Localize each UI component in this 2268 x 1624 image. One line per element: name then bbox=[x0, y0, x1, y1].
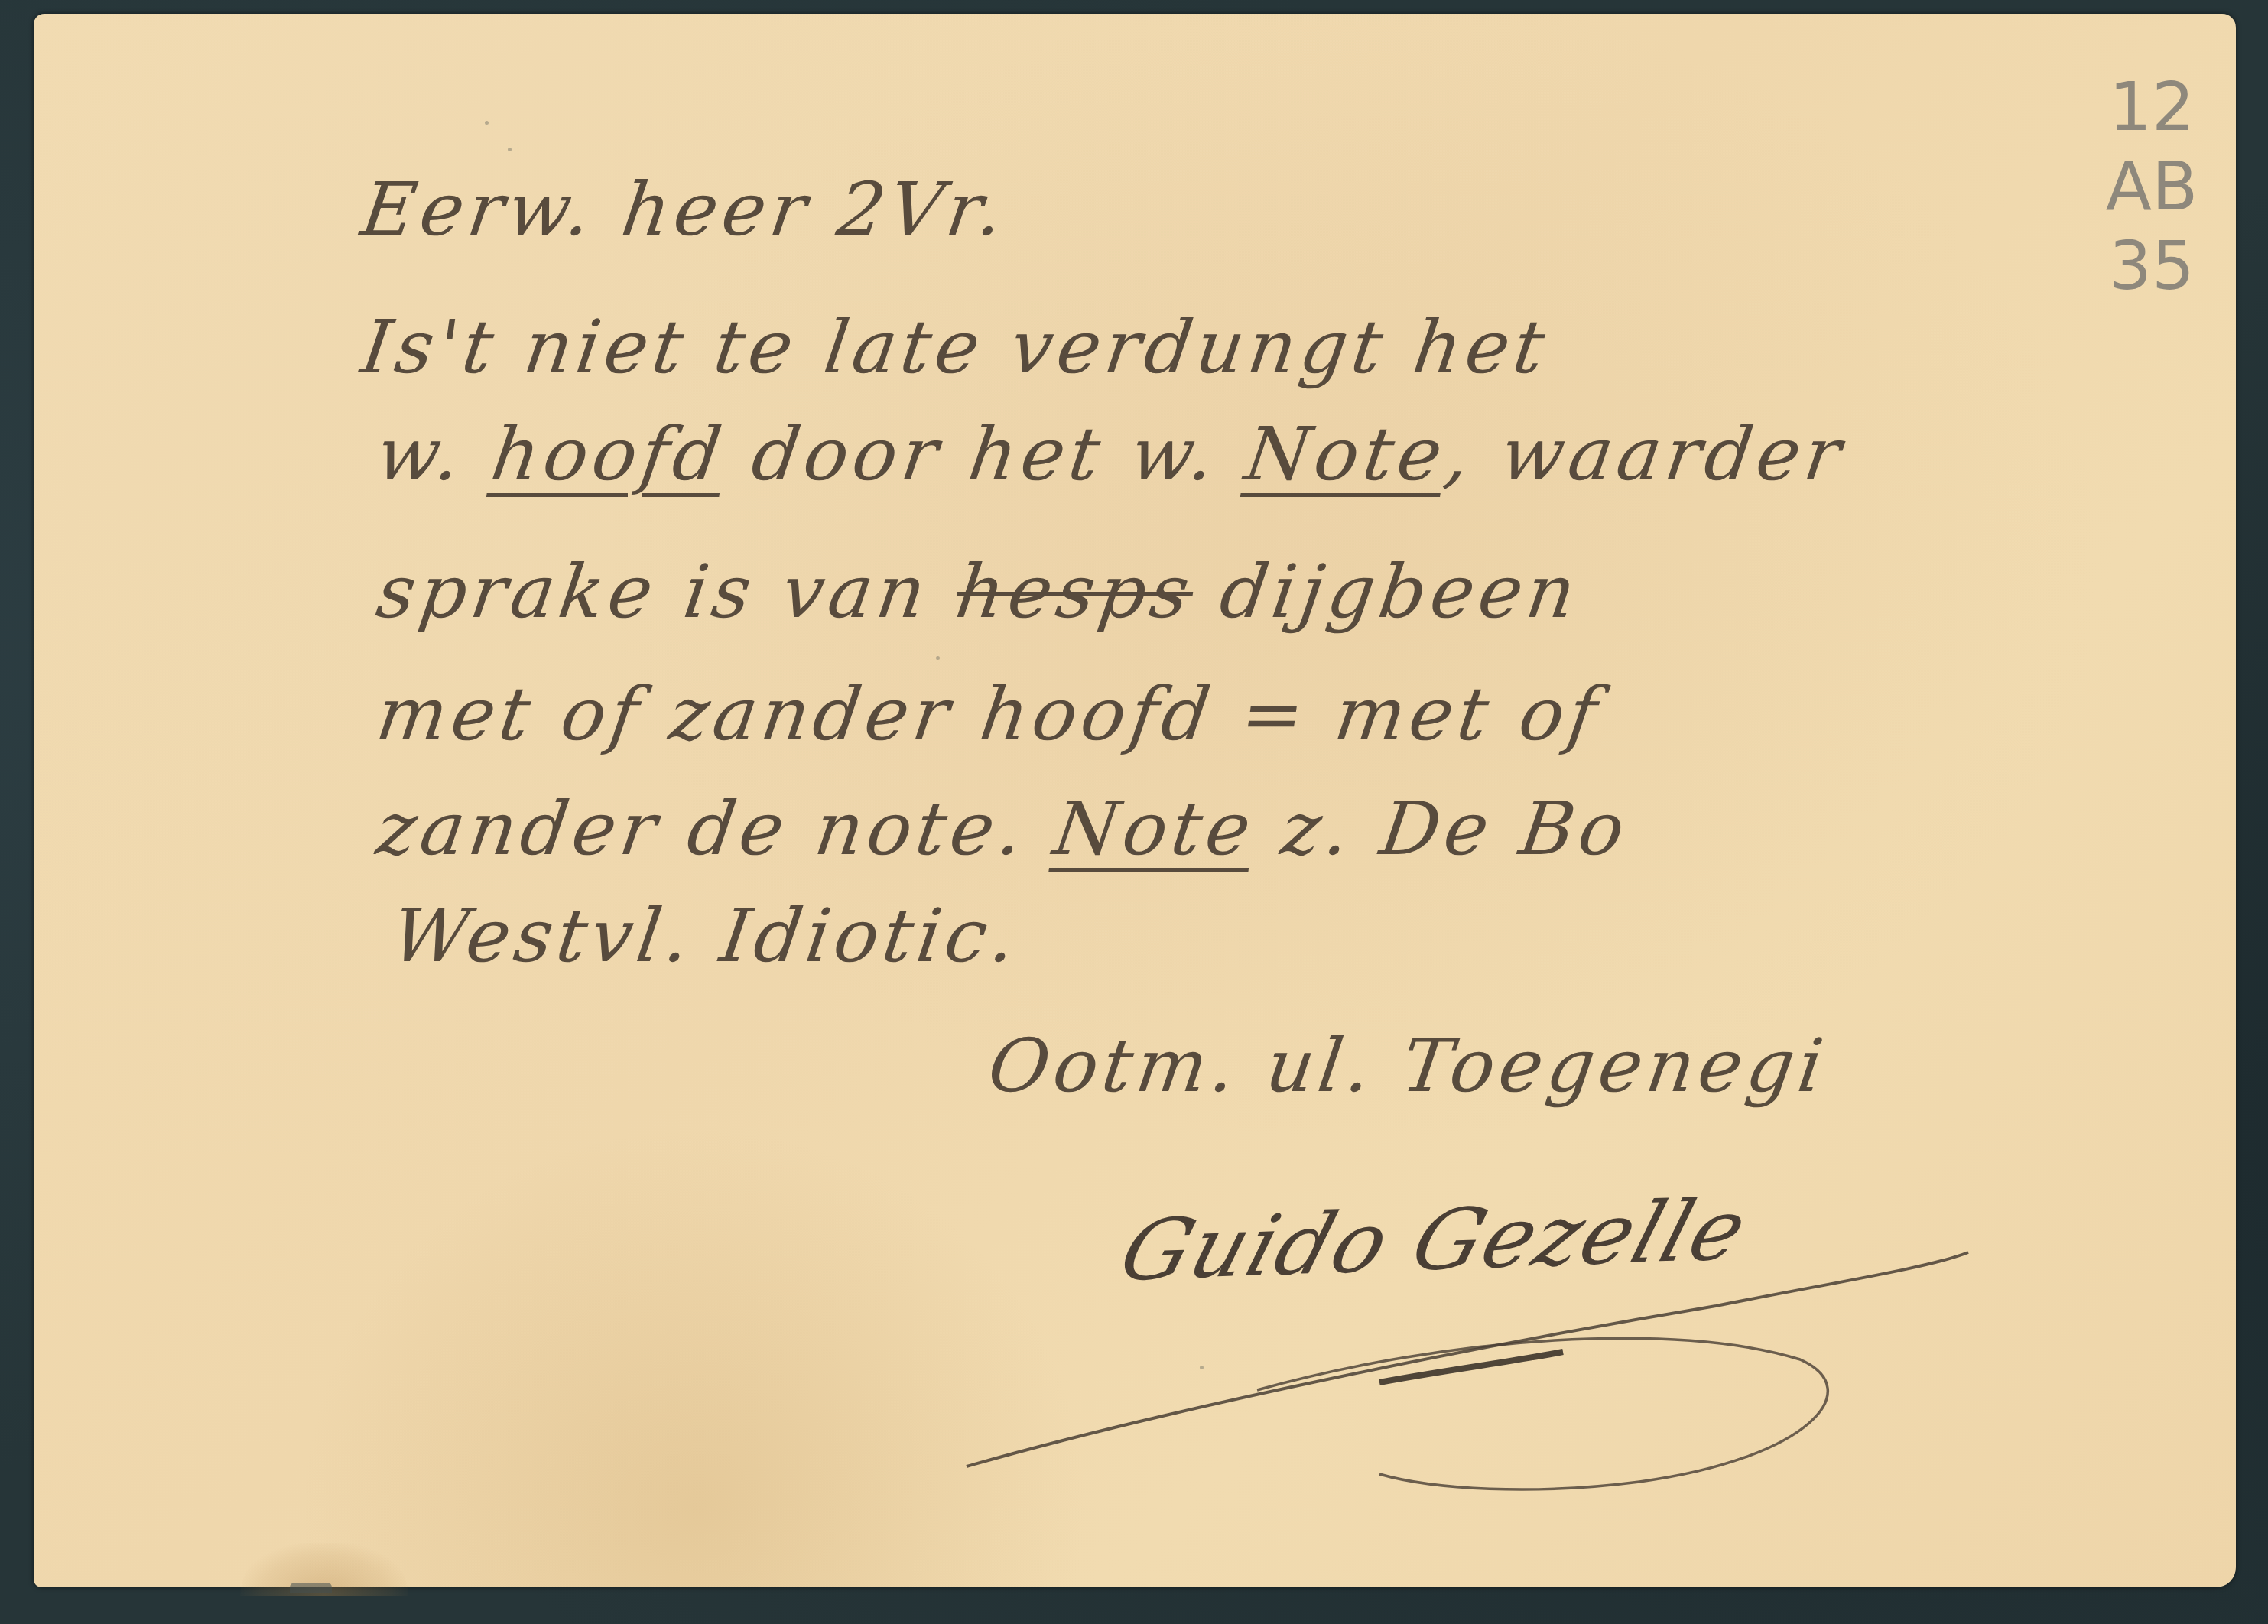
archive-mark-number: 12 bbox=[2098, 67, 2205, 147]
line-text: dijgbeen bbox=[1187, 549, 1585, 635]
archive-mark-page: 35 bbox=[2098, 226, 2205, 306]
paper-speck bbox=[936, 656, 940, 660]
letter-line-3: sprake is van hesps dijgbeen bbox=[372, 549, 1585, 635]
underlined-word-note: Note bbox=[1048, 786, 1260, 872]
line-text: sprake is van bbox=[372, 549, 963, 635]
line-text: z. De Bo bbox=[1248, 786, 1634, 872]
salutation: Eerw. heer 2Vr. bbox=[356, 167, 1012, 252]
paper-speck bbox=[508, 148, 512, 151]
letter-line-4: met of zander hoofd = met of bbox=[372, 671, 1607, 757]
line-text: , waarder bbox=[1440, 411, 1850, 497]
struck-word: hesps bbox=[951, 549, 1199, 635]
archive-mark: 12 AB 35 bbox=[2098, 67, 2205, 306]
closing-phrase: Ootm. ul. Toegenegi bbox=[983, 1023, 1833, 1109]
line-text: w. bbox=[372, 411, 499, 497]
line-text: zander de note. bbox=[372, 786, 1061, 872]
letter-line-2: w. hoofd door het w. Note, waarder bbox=[372, 411, 1850, 497]
archive-mark-letters: AB bbox=[2098, 147, 2205, 226]
underlined-word-hoofd: hoofd bbox=[486, 411, 731, 497]
letter-line-5: zander de note. Note z. De Bo bbox=[372, 786, 1634, 872]
paper-speck bbox=[485, 121, 489, 125]
line-text: door het w. bbox=[719, 411, 1252, 497]
underlined-word-note: Note bbox=[1240, 411, 1452, 497]
signature-flourish bbox=[951, 1207, 2144, 1497]
postcard: 12 AB 35 Eerw. heer 2Vr. Is't niet te la… bbox=[34, 14, 2236, 1587]
stain-mark bbox=[290, 1583, 332, 1593]
letter-line-6: Westvl. Idiotic. bbox=[387, 893, 1025, 979]
letter-line-1: Is't niet te late verdungt het bbox=[356, 304, 1554, 390]
